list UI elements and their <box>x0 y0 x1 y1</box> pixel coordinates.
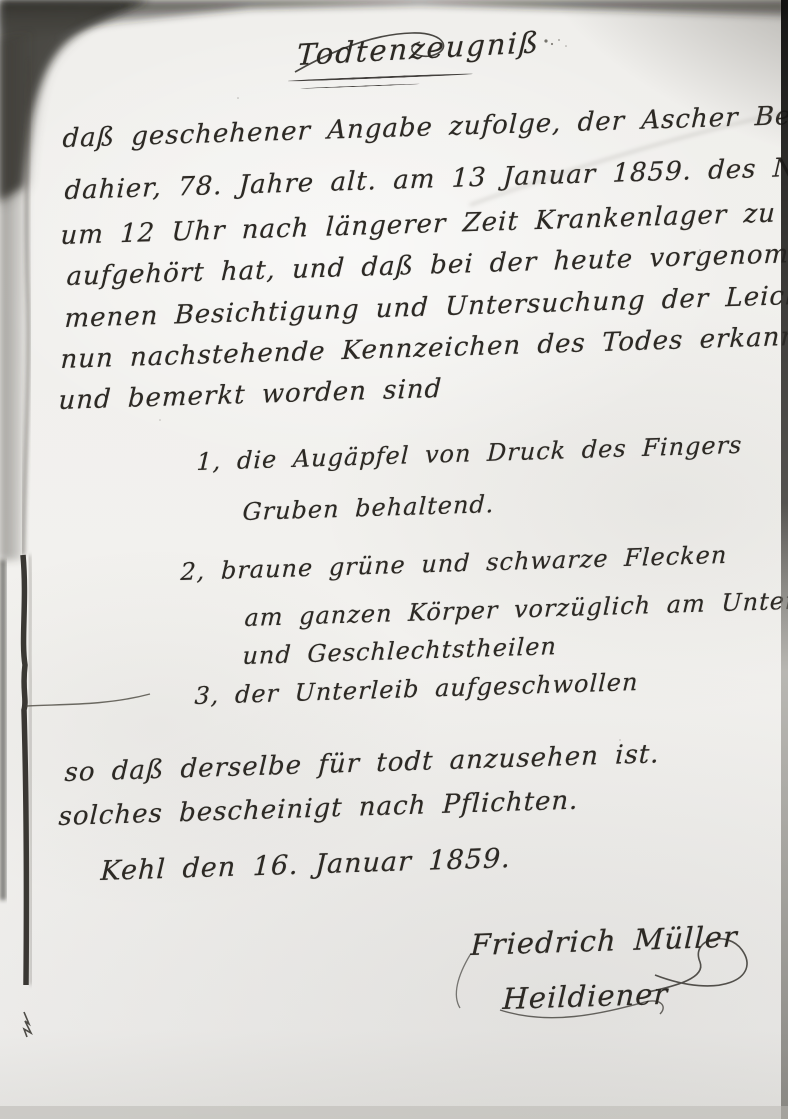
finding-1-line: Gruben behaltend. <box>242 490 495 526</box>
closing-line: so daß derselbe für todt anzusehen ist. <box>64 739 660 788</box>
finding-3-line: 3, der Unterleib aufgeschwollen <box>194 668 639 710</box>
bottom-edge-shadow <box>0 1106 788 1119</box>
finding-1-line: 1, die Augäpfel von Druck des Fingers <box>196 431 743 476</box>
signature-name: Friedrich Müller <box>470 920 738 962</box>
handwritten-line: und bemerkt worden sind <box>58 374 443 416</box>
closing-line: solches bescheinigt nach Pflichten. <box>58 786 579 832</box>
dateline: Kehl den 16. Januar 1859. <box>100 843 511 887</box>
signature-role: Heildiener <box>502 977 669 1016</box>
finding-2-line: am ganzen Körper vorzüglich am Unterleib <box>244 585 788 632</box>
handwritten-line: dahier, 78. Jahre alt. am 13 Januar 1859… <box>64 151 788 206</box>
paper-crack-line <box>26 694 150 706</box>
title-underline-second <box>300 83 420 89</box>
handwritten-line: daß geschehener Angabe zufolge, der Asch… <box>62 98 788 154</box>
finding-2-line: 2, braune grüne und schwarze Flecken <box>180 541 728 586</box>
ink-mark <box>24 1012 31 1037</box>
scanned-document-page: Todtenzeugniß daß geschehener Angabe zuf… <box>0 0 788 1119</box>
document-title: Todtenzeugniß <box>296 25 541 72</box>
title-underline <box>288 73 473 82</box>
finding-2-line: und Geschlechtstheilen <box>242 632 557 670</box>
